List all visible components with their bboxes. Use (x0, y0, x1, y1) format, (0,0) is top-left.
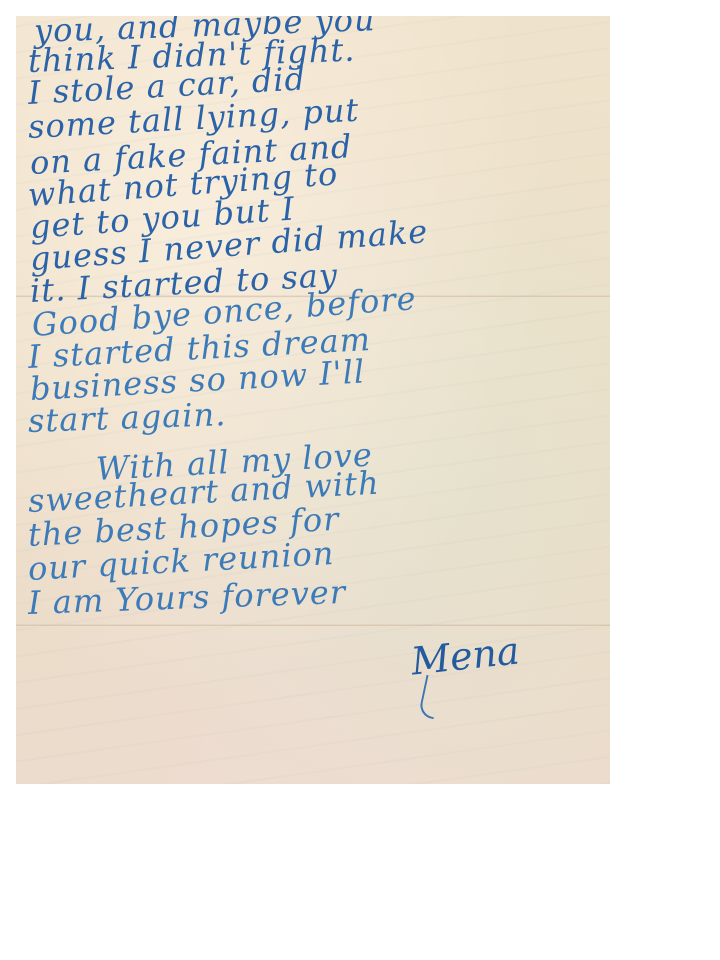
fold-crease-lower (16, 624, 610, 627)
letter-page: you, and maybe you think I didn't fight.… (16, 16, 610, 784)
letter-line: start again. (27, 395, 227, 440)
